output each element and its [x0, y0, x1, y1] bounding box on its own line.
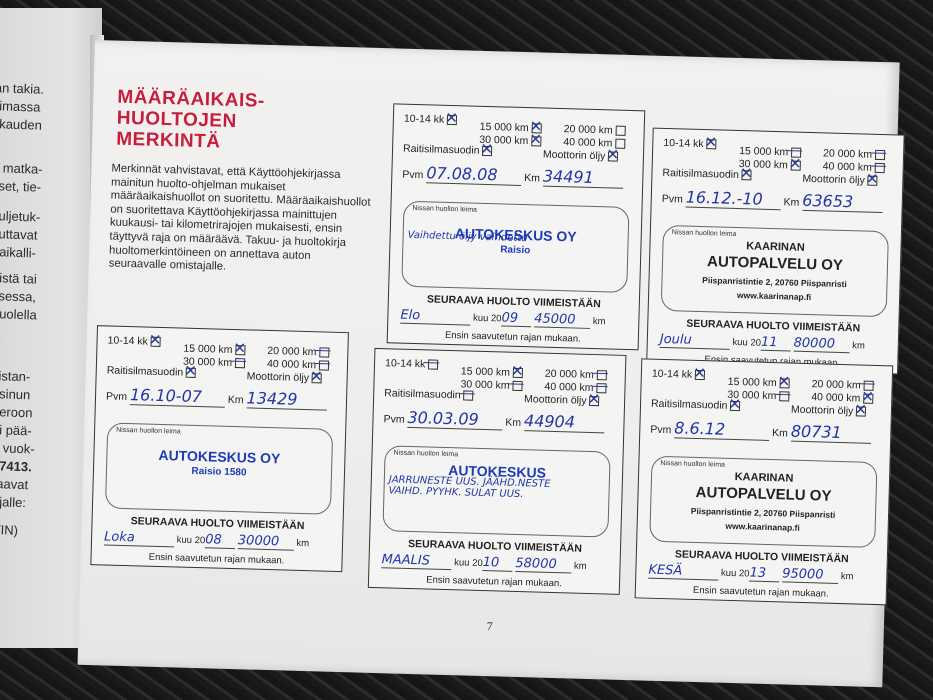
next-year[interactable]: 09 — [501, 310, 518, 325]
service-record-card: 10-14 kk 15 000 km 20 000 km 30 000 km 4… — [646, 128, 905, 375]
oil-label: Moottorin öljy — [246, 370, 309, 384]
left-page-text: puolella — [0, 306, 37, 323]
service-date[interactable]: 8.6.12 — [674, 418, 725, 438]
checkbox-filter[interactable] — [730, 401, 740, 411]
oil-label: Moottorin öljy — [524, 393, 587, 407]
stamp-text: Piispanristintie 2, 20760 Piispanristi — [662, 274, 886, 290]
checkbox-months[interactable] — [428, 360, 438, 370]
km15-label: 15 000 km — [183, 343, 232, 356]
stamp-text: www.kaarinanap.fi — [662, 288, 886, 304]
month-suffix: kuu 20 — [473, 313, 502, 325]
next-km[interactable]: 58000 — [515, 556, 557, 572]
page-number: 7 — [487, 619, 493, 634]
first-reached-note: Ensin saavutetun rajan mukaan. — [388, 328, 638, 346]
left-page-text: kset, tie- — [0, 178, 41, 195]
left-page-text: ajalle: — [0, 494, 26, 510]
service-stamp-area: Nissan huollon leima AUTOKESKUS JARRUNES… — [382, 445, 610, 537]
left-page-text: a matka- — [0, 160, 43, 177]
service-km[interactable]: 34491 — [543, 167, 594, 187]
filter-label: Raitisilmasuodin — [662, 167, 739, 181]
km20-label: 20 000 km — [545, 368, 594, 381]
checkbox-months[interactable] — [695, 370, 705, 380]
checkbox-months[interactable] — [151, 337, 161, 347]
left-page-text: okauden — [0, 116, 42, 133]
km20-label: 20 000 km — [812, 378, 861, 391]
service-record-card: 10-14 kk 15 000 km 20 000 km 30 000 km 4… — [387, 103, 646, 350]
checkbox-km30[interactable] — [512, 381, 522, 391]
month-suffix: kuu 20 — [721, 568, 750, 580]
checkbox-filter[interactable] — [482, 146, 492, 156]
service-date[interactable]: 07.08.08 — [426, 163, 498, 184]
left-page-text: oimassa — [0, 98, 41, 115]
km-unit: km — [593, 316, 606, 327]
next-month[interactable]: Joulu — [660, 332, 692, 348]
left-page-text: eistä tai — [0, 270, 37, 287]
service-date[interactable]: 16.12.-10 — [686, 188, 764, 209]
left-page-text: n vuok- — [0, 440, 35, 456]
next-year[interactable]: 08 — [205, 532, 222, 547]
stamp-label: Nissan huollon leima — [660, 460, 725, 469]
next-month[interactable]: KESÄ — [648, 563, 682, 579]
date-label: Pvm — [383, 413, 404, 426]
checkbox-months[interactable] — [706, 139, 716, 149]
checkbox-km20[interactable] — [616, 126, 626, 136]
left-page-text: 77413. — [0, 458, 32, 474]
service-stamp-area: Nissan huollon leima AUTOKESKUS OYRaisio… — [401, 201, 629, 293]
service-record-card: 10-14 kk 15 000 km 20 000 km 30 000 km 4… — [90, 325, 349, 572]
checkbox-oil[interactable] — [608, 152, 618, 162]
km40-label: 40 000 km — [544, 381, 593, 394]
first-reached-note: Ensin saavutetun rajan mukaan. — [91, 550, 341, 568]
km15-label: 15 000 km — [739, 145, 788, 158]
km40-label: 40 000 km — [823, 160, 872, 173]
months-label: 10-14 kk — [663, 137, 704, 150]
km-label: Km — [783, 196, 799, 208]
km20-label: 20 000 km — [564, 123, 613, 136]
next-km[interactable]: 80000 — [793, 336, 835, 352]
left-page-text: ian takia. — [0, 80, 44, 97]
months-label: 10-14 kk — [404, 113, 445, 126]
date-label: Pvm — [650, 424, 671, 437]
left-page-text: ksessa, — [0, 288, 36, 305]
stamp-text: www.kaarinanap.fi — [651, 519, 875, 535]
checkbox-km30[interactable] — [779, 391, 789, 401]
checkbox-km30[interactable] — [235, 358, 245, 368]
right-page: MÄÄRÄAIKAIS- HUOLTOJEN MERKINTÄ Merkinnä… — [78, 40, 900, 687]
next-km[interactable]: 45000 — [534, 311, 576, 327]
left-page-text: E — [0, 332, 1, 347]
service-km[interactable]: 80731 — [791, 422, 842, 442]
service-record-card: 10-14 kk 15 000 km 20 000 km 30 000 km 4… — [635, 358, 894, 605]
stamp-label: Nissan huollon leima — [672, 229, 737, 238]
left-page-text: ei pää- — [0, 422, 32, 438]
stamp-label: Nissan huollon leima — [393, 449, 458, 458]
date-label: Pvm — [402, 169, 423, 182]
stamp-label: Nissan huollon leima — [116, 427, 181, 436]
service-date[interactable]: 16.10-07 — [130, 385, 202, 406]
km-label: Km — [772, 427, 788, 439]
month-suffix: kuu 20 — [177, 534, 206, 546]
km15-label: 15 000 km — [728, 376, 777, 389]
next-month[interactable]: Elo — [400, 308, 420, 324]
service-stamp-area: Nissan huollon leima KAARINANAUTOPALVELU… — [649, 456, 877, 548]
filter-label: Raitisilmasuodin — [651, 398, 728, 412]
month-suffix: kuu 20 — [454, 557, 483, 569]
stamp-text: AUTOPALVELU OY — [651, 483, 875, 506]
service-km[interactable]: 13429 — [246, 388, 297, 408]
km-label: Km — [228, 394, 244, 406]
months-label: 10-14 kk — [652, 368, 693, 381]
filter-label: Raitisilmasuodin — [107, 364, 184, 378]
km15-label: 15 000 km — [480, 121, 529, 134]
oil-label: Moottorin öljy — [543, 149, 606, 163]
service-date[interactable]: 30.03.09 — [407, 408, 479, 429]
title-line: MERKINTÄ — [116, 129, 264, 154]
month-suffix: kuu 20 — [732, 337, 761, 349]
service-stamp-area: Nissan huollon leima AUTOKESKUS OYRaisio… — [105, 422, 333, 514]
left-page-text: , sinun — [0, 386, 31, 402]
checkbox-filter[interactable] — [464, 391, 474, 401]
left-page-text: kuttavat — [0, 226, 38, 243]
filter-label: Raitisilmasuodin — [403, 143, 480, 157]
next-year[interactable]: 10 — [483, 555, 500, 570]
first-reached-note: Ensin saavutetun rajan mukaan. — [369, 573, 619, 591]
filter-label: Raitisilmasuodin — [384, 387, 461, 401]
checkbox-oil[interactable] — [856, 407, 866, 417]
service-notes: JARRUNESTE UUS. JÄÄHD.NESTE VAIHD. PYYHK… — [388, 474, 579, 501]
checkbox-filter[interactable] — [742, 170, 752, 180]
next-year[interactable]: 13 — [749, 565, 766, 580]
checkbox-oil[interactable] — [312, 373, 322, 383]
service-record-card: 10-14 kk 15 000 km 20 000 km 30 000 km 4… — [368, 348, 627, 595]
service-km[interactable]: 44904 — [524, 411, 575, 431]
km-unit: km — [841, 571, 854, 582]
checkbox-km30[interactable] — [531, 136, 541, 146]
km-label: Km — [505, 417, 521, 429]
months-label: 10-14 kk — [385, 357, 426, 370]
left-page-text: sistan- — [0, 368, 31, 384]
km-unit: km — [852, 340, 865, 351]
left-page-text: VIN) — [0, 522, 18, 538]
next-month[interactable]: Loka — [104, 529, 135, 545]
km40-label: 40 000 km — [563, 136, 612, 149]
km-label: Km — [524, 172, 540, 184]
km-unit: km — [574, 561, 587, 572]
stamp-label: Nissan huollon leima — [412, 205, 477, 214]
months-label: 10-14 kk — [107, 334, 148, 347]
left-page-text: raavat — [0, 476, 28, 492]
intro-text: Merkinnät vahvistavat, että Käyttöohjeki… — [109, 163, 372, 279]
left-page-text: neroon — [0, 404, 33, 420]
oil-label: Moottorin öljy — [791, 404, 854, 418]
km40-label: 40 000 km — [267, 358, 316, 371]
km-unit: km — [296, 538, 309, 549]
km20-label: 20 000 km — [823, 147, 872, 160]
checkbox-oil[interactable] — [868, 176, 878, 186]
next-month[interactable]: MAALIS — [381, 552, 430, 568]
left-page-text: kuljetuk- — [0, 208, 41, 225]
checkbox-km30[interactable] — [791, 161, 801, 171]
km40-label: 40 000 km — [811, 391, 860, 404]
next-km[interactable]: 95000 — [782, 566, 824, 582]
page-title: MÄÄRÄAIKAIS- HUOLTOJEN MERKINTÄ — [116, 87, 265, 154]
date-label: Pvm — [662, 193, 683, 206]
service-km[interactable]: 63653 — [802, 191, 853, 211]
km20-label: 20 000 km — [267, 345, 316, 358]
stamp-text: AUTOPALVELU OY — [663, 252, 887, 275]
left-page-text: paikalli- — [0, 244, 36, 261]
checkbox-oil[interactable] — [589, 396, 599, 406]
km15-label: 15 000 km — [461, 365, 510, 378]
next-km[interactable]: 30000 — [238, 533, 280, 549]
checkbox-filter[interactable] — [186, 368, 196, 378]
first-reached-note: Ensin saavutetun rajan mukaan. — [636, 583, 886, 601]
date-label: Pvm — [106, 390, 127, 403]
oil-label: Moottorin öljy — [802, 173, 865, 187]
checkbox-months[interactable] — [447, 115, 457, 125]
service-stamp-area: Nissan huollon leima KAARINANAUTOPALVELU… — [661, 225, 889, 317]
stamp-text: Piispanristintie 2, 20760 Piispanristi — [651, 505, 875, 521]
next-year[interactable]: 11 — [761, 335, 778, 350]
